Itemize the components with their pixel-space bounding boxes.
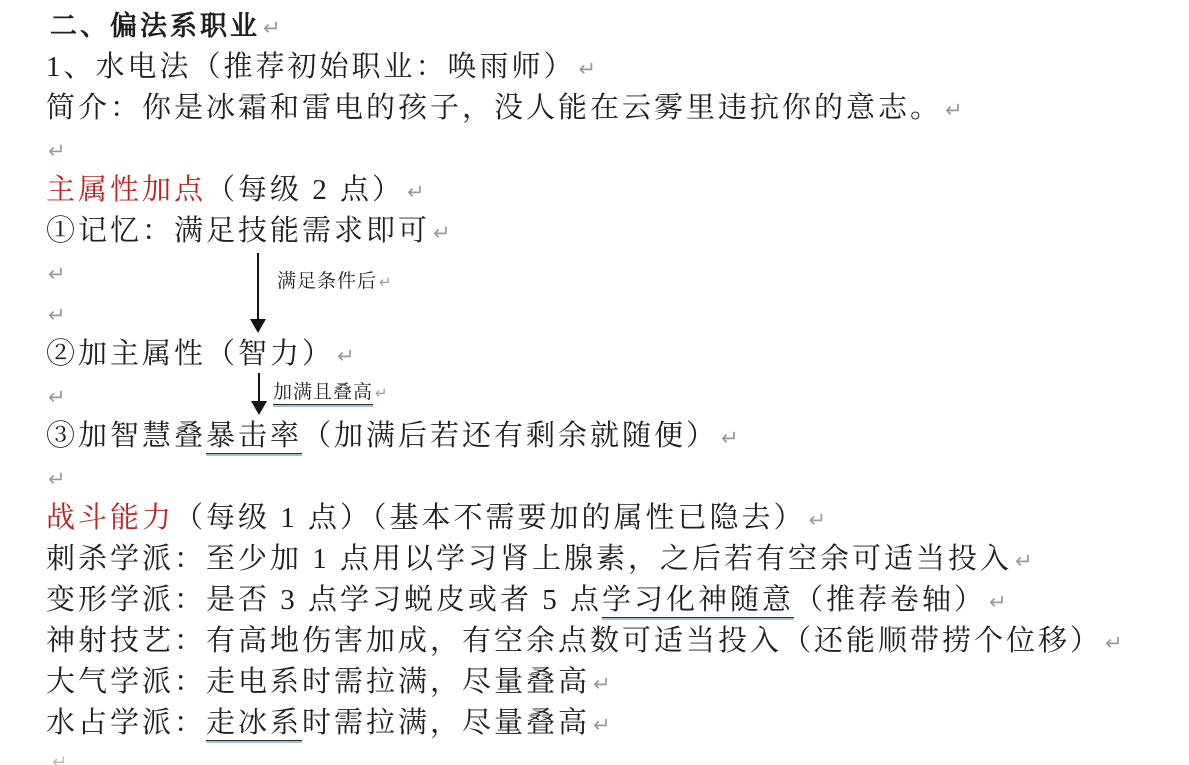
paragraph-mark-icon: ↵ — [1105, 631, 1123, 655]
flow-arrow-2-line — [258, 373, 260, 401]
line-transformation-school: 变形学派：是否 3 点学习蜕皮或者 5 点学习化神随意（推荐卷轴）↵ — [46, 580, 1189, 621]
paragraph-mark-icon: ↵ — [48, 385, 66, 409]
paragraph-mark-icon: ↵ — [593, 672, 611, 696]
underlined-term-crit-rate: 暴击率 — [206, 420, 302, 454]
paragraph-mark-icon: ↵ — [48, 262, 66, 286]
line-class-water-electric: 1、水电法（推荐初始职业：唤雨师）↵ — [46, 47, 1189, 88]
empty-line: ↵ — [46, 293, 1189, 334]
arrow-2-annotation: 加满且叠高↵ — [273, 381, 388, 405]
paragraph-mark-icon: ↵ — [1015, 549, 1033, 573]
paragraph-mark-icon: ↵ — [48, 467, 66, 491]
paragraph-mark-icon: ↵ — [337, 344, 355, 368]
paragraph-mark-icon: ↵ — [407, 180, 425, 204]
annotation-text: 满足条件后 — [277, 271, 377, 292]
line-intro: 简介：你是冰霜和雷电的孩子，没人能在云雾里违抗你的意志。↵ — [46, 88, 1189, 129]
line-text: 简介：你是冰霜和雷电的孩子，没人能在云雾里违抗你的意志。 — [46, 92, 942, 124]
paragraph-mark-icon: ↵ — [48, 139, 66, 163]
line-text: （加满后若还有剩余就随便） — [302, 420, 718, 452]
paragraph-mark-icon: ↵ — [989, 590, 1007, 614]
line-text: 神射技艺：有高地伤害加成，有空余点数可适当投入（还能顺带捞个位移） — [46, 625, 1102, 657]
line-text: 大气学派：走电系时需拉满，尽量叠高 — [46, 666, 590, 698]
line-text: 1、水电法（推荐初始职业：唤雨师） — [46, 51, 576, 83]
arrow-1-annotation: 满足条件后↵ — [277, 270, 392, 294]
line-text: 时需拉满，尽量叠高 — [302, 707, 590, 739]
line-text: 水占学派： — [46, 707, 206, 739]
line-text: （推荐卷轴） — [794, 584, 986, 616]
annotation-underlined-text: 加满且叠高 — [273, 382, 373, 405]
paragraph-mark-icon: ↵ — [379, 273, 392, 291]
underlined-term-ice-path: 走冰系 — [206, 707, 302, 741]
paragraph-mark-icon: ↵ — [48, 303, 66, 327]
paragraph-mark-icon: ↵ — [579, 57, 597, 81]
line-marksmanship: 神射技艺：有高地伤害加成，有空余点数可适当投入（还能顺带捞个位移）↵ — [46, 621, 1189, 662]
flow-arrow-2-arrowhead-icon — [251, 401, 267, 415]
paragraph-mark-icon: ↵ — [809, 508, 827, 532]
line-text: ②加主属性（智力） — [46, 338, 334, 370]
paragraph-mark-icon: ↵ — [375, 384, 388, 402]
empty-line: ↵ — [46, 252, 1189, 293]
line-text: ①记忆：满足技能需求即可 — [46, 215, 430, 247]
line-assassination-school: 刺杀学派：至少加 1 点用以学习肾上腺素，之后若有空余可适当投入↵ — [46, 539, 1189, 580]
flow-arrow-1-arrowhead-icon — [250, 319, 266, 333]
heading-red-text: 战斗能力 — [46, 502, 174, 534]
heading-red-text: 主属性加点 — [46, 174, 206, 206]
paragraph-mark-icon: ↵ — [263, 16, 281, 40]
line-step1-memory: ①记忆：满足技能需求即可↵ — [46, 211, 1189, 252]
line-text: 刺杀学派：至少加 1 点用以学习肾上腺素，之后若有空余可适当投入 — [46, 543, 1012, 575]
line-hydromancy-school: 水占学派：走冰系时需拉满，尽量叠高↵ — [46, 703, 1189, 744]
paragraph-mark-icon: ↵ — [433, 221, 451, 245]
flow-arrow-1-line — [257, 253, 259, 319]
heading-main-attribute-points: 主属性加点（每级 2 点）↵ — [46, 170, 1189, 211]
line-text: 变形学派：是否 3 点学习蜕皮或者 5 点 — [46, 584, 602, 616]
heading-suffix: （每级 1 点）（基本不需要加的属性已隐去） — [174, 502, 806, 534]
heading-combat-ability: 战斗能力（每级 1 点）（基本不需要加的属性已隐去）↵ — [46, 498, 1189, 539]
heading-side-mage-classes: 二、偏法系职业↵ — [46, 6, 1189, 47]
empty-line: ↵ — [46, 375, 1189, 416]
clipped-paragraph-mark-icon: ↵ — [52, 752, 67, 765]
line-atmosphere-school: 大气学派：走电系时需拉满，尽量叠高↵ — [46, 662, 1189, 703]
line-text: ③加智慧叠 — [46, 420, 206, 452]
heading-text: 二、偏法系职业 — [50, 11, 260, 41]
heading-suffix: （每级 2 点） — [206, 174, 404, 206]
underlined-term-huashen: 学习化神随意 — [602, 584, 794, 618]
empty-line: ↵ — [46, 457, 1189, 498]
line-step3-crit-rate: ③加智慧叠暴击率（加满后若还有剩余就随便）↵ — [46, 416, 1189, 457]
paragraph-mark-icon: ↵ — [593, 713, 611, 737]
line-step2-main-attribute: ②加主属性（智力）↵ — [46, 334, 1189, 375]
paragraph-mark-icon: ↵ — [945, 98, 963, 122]
document-page: 二、偏法系职业↵ 1、水电法（推荐初始职业：唤雨师）↵ 简介：你是冰霜和雷电的孩… — [0, 0, 1189, 744]
empty-line: ↵ — [46, 129, 1189, 170]
paragraph-mark-icon: ↵ — [721, 426, 739, 450]
